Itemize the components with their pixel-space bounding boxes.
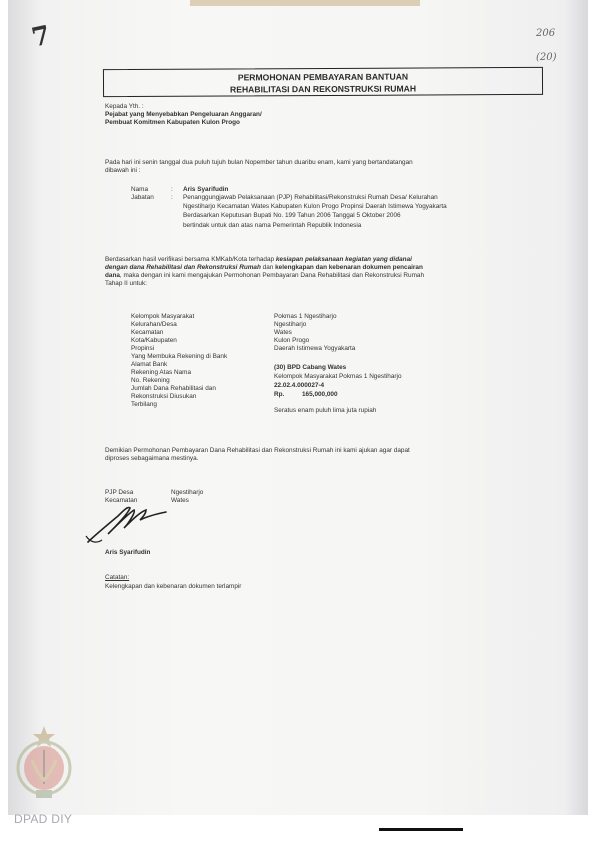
position-label: Jabatan: [131, 194, 154, 202]
closing-line-2: diproses sebagaimana mestinya.: [105, 455, 198, 463]
signer-name: Aris Syarifudin: [105, 549, 150, 557]
bottom-bar: [379, 828, 463, 831]
basis-line-3: dana, maka dengan ini kami mengajukan Pe…: [105, 272, 424, 280]
detail-value: Kelompok Masyarakat Pokmas 1 Ngestiharjo: [274, 373, 402, 381]
document-title: PERMOHONAN PEMBAYARAN BANTUAN REHABILITA…: [103, 67, 543, 97]
amount-value: 165,000,000: [302, 391, 338, 398]
detail-value: Seratus enam puluh lima juta rupiah: [274, 407, 376, 415]
detail-value: Daerah Istimewa Yogyakarta: [274, 345, 355, 353]
addressee-line-2: Pembuat Komitmen Kabupaten Kulon Progo: [105, 119, 240, 127]
basis-line-4: Tahap II untuk:: [105, 280, 147, 288]
watermark-label: DPAD DIY: [14, 812, 72, 826]
detail-value: (30) BPD Cabang Wates: [274, 364, 346, 372]
currency-prefix: Rp.: [274, 391, 302, 399]
position-colon: :: [171, 194, 173, 202]
detail-value: 22.02.4.000027-4: [274, 382, 324, 390]
note-heading: Catatan:: [105, 574, 129, 582]
opening-line-1: Pada hari ini senin tanggal dua puluh tu…: [105, 159, 413, 167]
handwritten-sub-number: (20): [536, 52, 557, 63]
position-line-2: Ngestiharjo Kecamatan Wates Kabupaten Ku…: [183, 203, 447, 211]
position-line-3: Berdasarkan Keputusan Bupati No. 199 Tah…: [183, 212, 401, 220]
emblem-icon: [14, 724, 74, 804]
detail-value: Rp.165,000,000: [274, 391, 338, 399]
folder-edge: [190, 0, 420, 6]
handwritten-page-number: 206: [536, 28, 555, 39]
signature-icon: [84, 496, 174, 546]
detail-label: Terbilang: [131, 401, 157, 409]
note-text: Kelengkapan dan kebenaran dokumen terlam…: [105, 583, 241, 591]
opening-line-2: dibawah ini :: [105, 167, 141, 175]
title-line-2: REHABILITASI DAN REKONSTRUKSI RUMAH: [104, 82, 542, 96]
position-line-4: bertindak untuk dan atas nama Pemerintah…: [183, 222, 361, 230]
position-line-1: Penanggungjawab Pelaksanaan (PJP) Rehabi…: [183, 194, 438, 202]
